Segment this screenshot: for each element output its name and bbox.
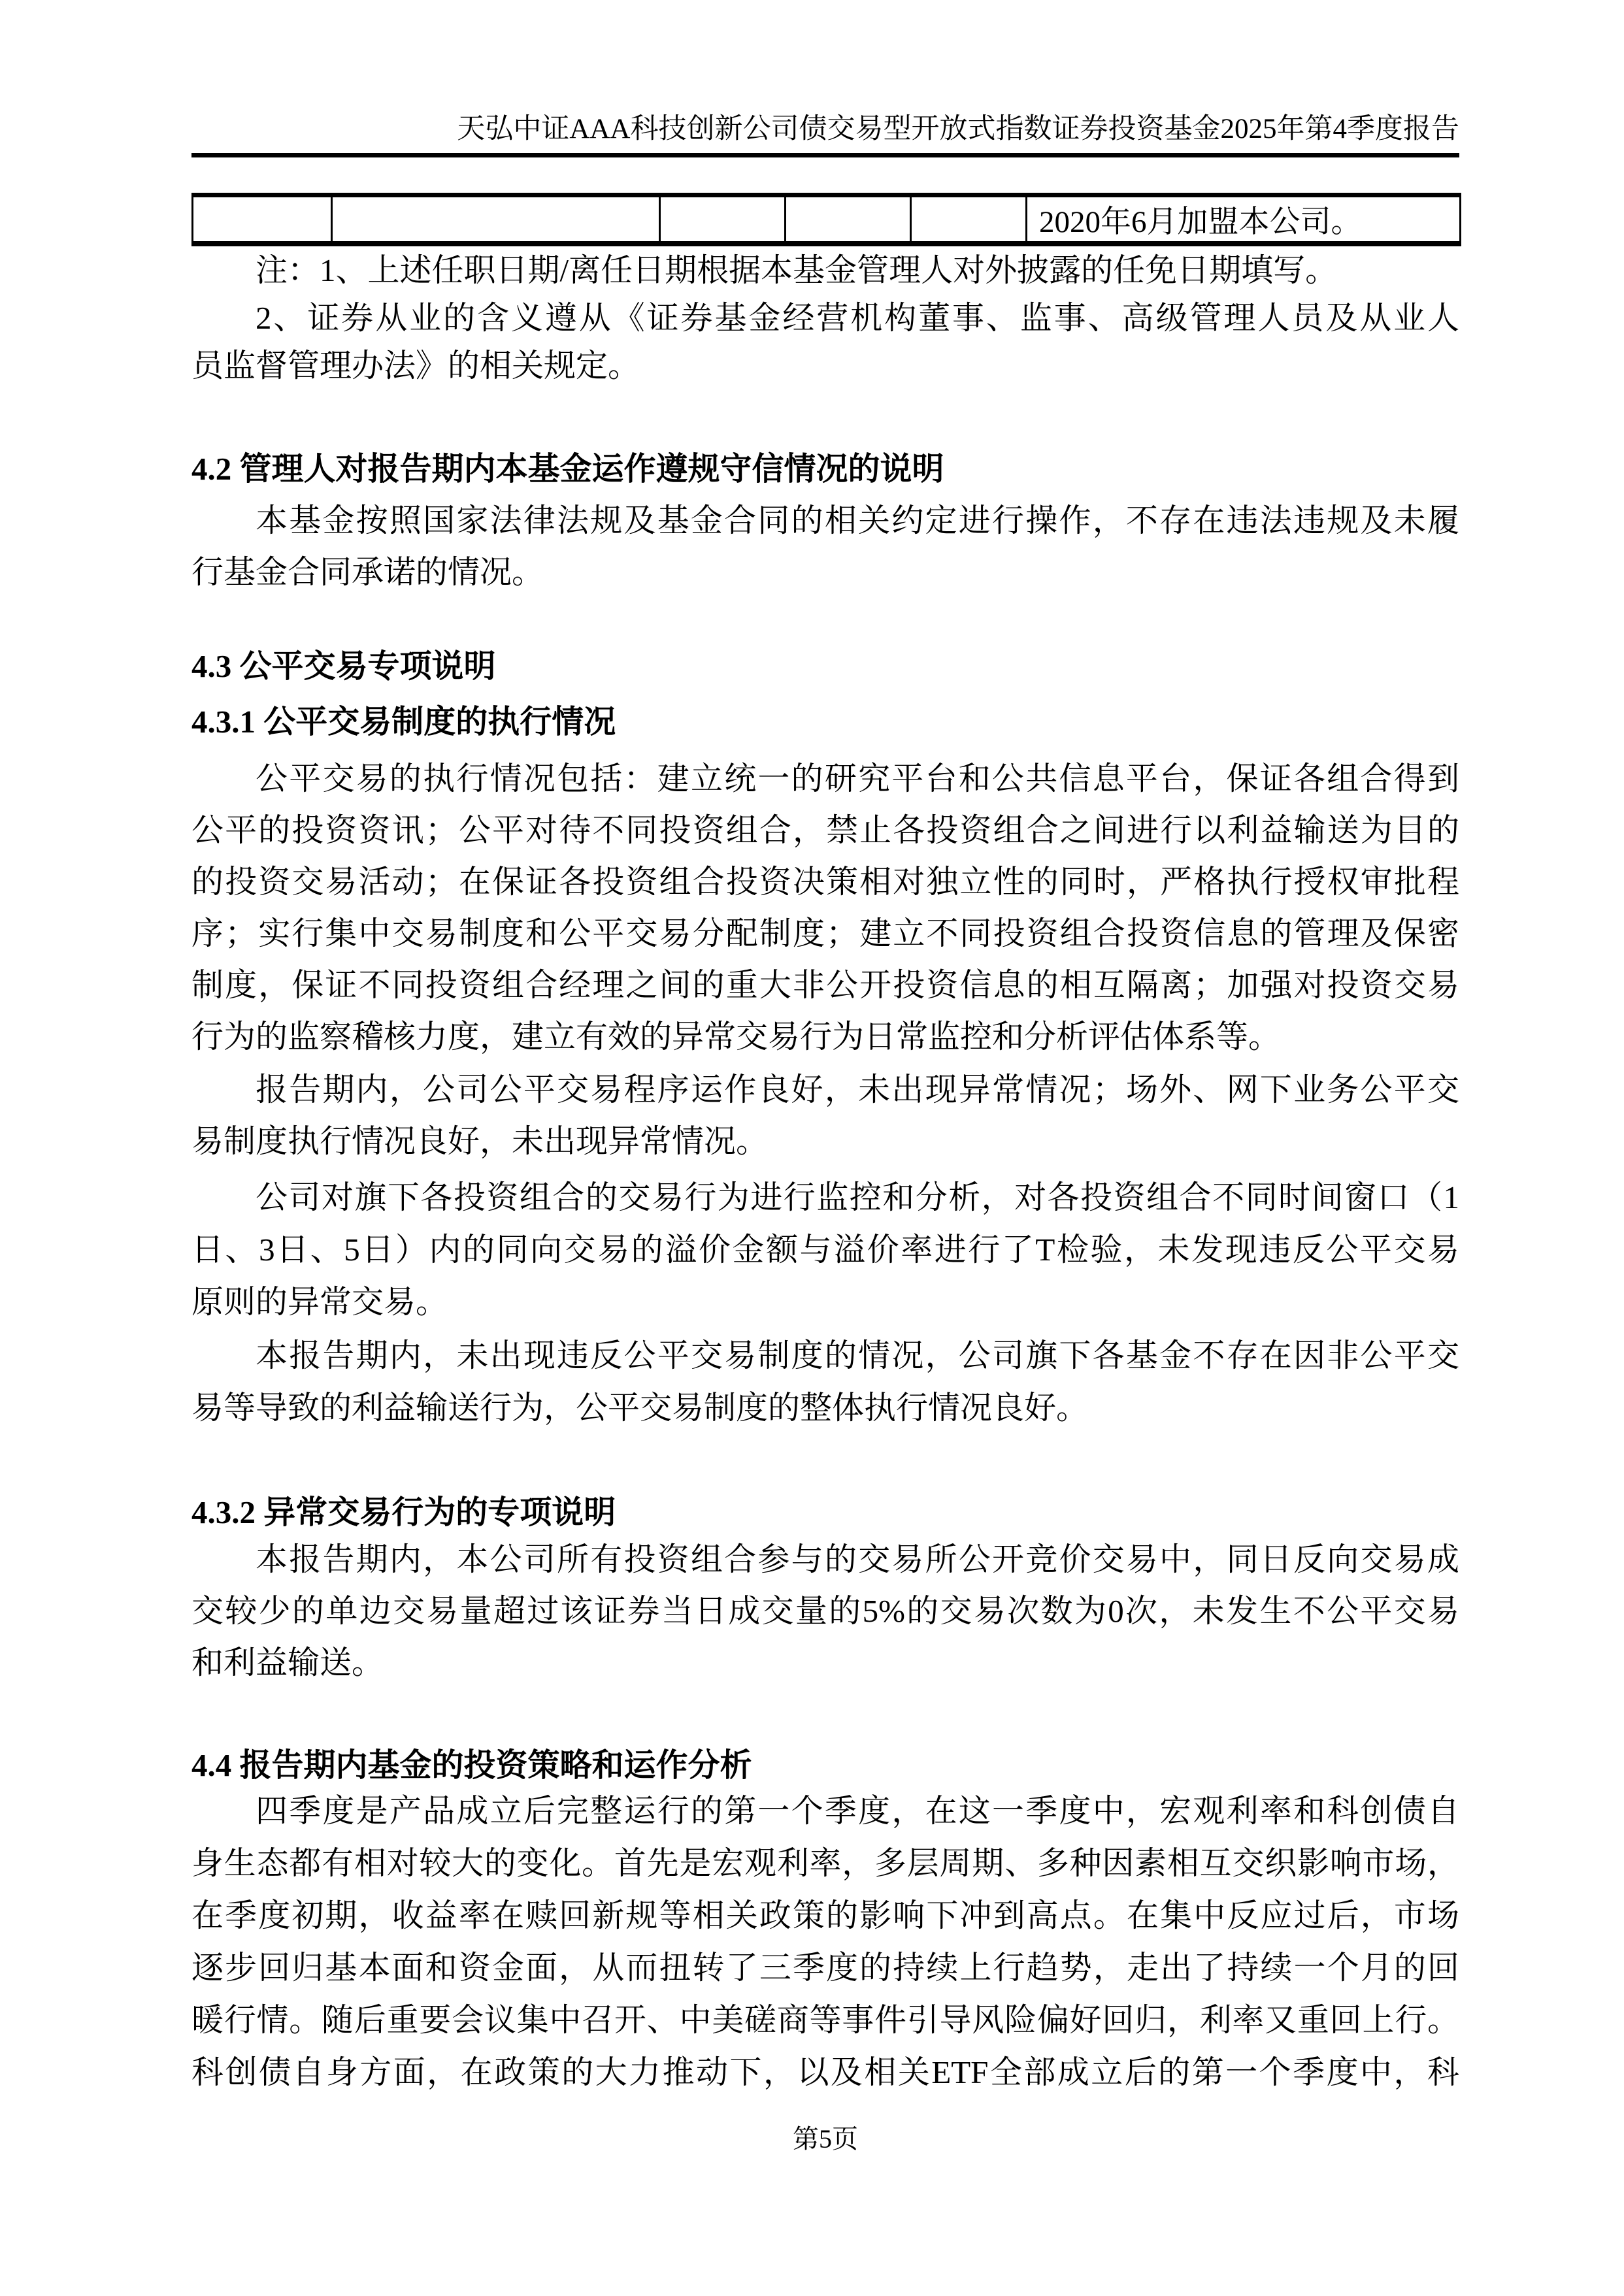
paragraph-line: 原则的异常交易。 bbox=[191, 1276, 1459, 1328]
paragraph-line: 本基金按照国家法律法规及基金合同的相关约定进行操作，不存在违法违规及未履 bbox=[191, 495, 1459, 546]
paragraph-line: 公平的投资资讯；公平对待不同投资组合，禁止各投资组合之间进行以利益输送为目的 bbox=[191, 804, 1459, 856]
header-divider-rule bbox=[191, 153, 1459, 157]
table-cell-empty-1 bbox=[193, 195, 332, 244]
table-cell-remark: 2020年6月加盟本公司。 bbox=[1027, 195, 1461, 244]
paragraph-line: 报告期内，公司公平交易程序运作良好，未出现异常情况；场外、网下业务公平交 bbox=[191, 1064, 1459, 1115]
section-4-3-2-paragraph: 本报告期内，本公司所有投资组合参与的交易所公开竞价交易中，同日反向交易成 交较少… bbox=[191, 1533, 1459, 1688]
paragraph-line: 身生态都有相对较大的变化。首先是宏观利率，多层周期、多种因素相互交织影响市场， bbox=[191, 1837, 1459, 1890]
table-note-line: 员监督管理办法》的相关规定。 bbox=[191, 342, 1459, 389]
paragraph-line: 科创债自身方面，在政策的大力推动下，以及相关ETF全部成立后的第一个季度中，科 bbox=[191, 2046, 1459, 2099]
table-note-line: 注：1、上述任职日期/离任日期根据本基金管理人对外披露的任免日期填写。 bbox=[191, 246, 1459, 294]
section-4-3-1-paragraph-1: 公平交易的执行情况包括：建立统一的研究平台和公共信息平台，保证各组合得到 公平的… bbox=[191, 753, 1459, 1062]
paragraph-line: 易等导致的利益输送行为，公平交易制度的整体执行情况良好。 bbox=[191, 1382, 1459, 1434]
table-cell-empty-5 bbox=[911, 195, 1027, 244]
paragraph-line: 四季度是产品成立后完整运行的第一个季度，在这一季度中，宏观利率和科创债自 bbox=[191, 1785, 1459, 1837]
paragraph-line: 序；实行集中交易制度和公平交易分配制度；建立不同投资组合投资信息的管理及保密 bbox=[191, 908, 1459, 959]
paragraph-line: 行为的监察稽核力度，建立有效的异常交易行为日常监控和分析评估体系等。 bbox=[191, 1011, 1459, 1062]
section-4-3-1-heading: 4.3.1 公平交易制度的执行情况 bbox=[191, 696, 1459, 748]
table-cell-empty-3 bbox=[660, 195, 786, 244]
table-cell-empty-2 bbox=[332, 195, 660, 244]
paragraph-line: 行基金合同承诺的情况。 bbox=[191, 546, 1459, 598]
section-4-2-paragraph: 本基金按照国家法律法规及基金合同的相关约定进行操作，不存在违法违规及未履 行基金… bbox=[191, 495, 1459, 598]
paragraph-line: 本报告期内，未出现违反公平交易制度的情况，公司旗下各基金不存在因非公平交 bbox=[191, 1330, 1459, 1382]
paragraph-line: 日、3日、5日）内的同向交易的溢价金额与溢价率进行了T检验，未发现违反公平交易 bbox=[191, 1224, 1459, 1276]
paragraph-line: 公司对旗下各投资组合的交易行为进行监控和分析，对各投资组合不同时间窗口（1 bbox=[191, 1172, 1459, 1224]
paragraph-line: 公平交易的执行情况包括：建立统一的研究平台和公共信息平台，保证各组合得到 bbox=[191, 753, 1459, 804]
paragraph-line: 在季度初期，收益率在赎回新规等相关政策的影响下冲到高点。在集中反应过后，市场 bbox=[191, 1890, 1459, 1942]
section-4-4-heading: 4.4 报告期内基金的投资策略和运作分析 bbox=[191, 1739, 1459, 1792]
paragraph-line: 易制度执行情况良好，未出现异常情况。 bbox=[191, 1115, 1459, 1167]
section-4-4-paragraph: 四季度是产品成立后完整运行的第一个季度，在这一季度中，宏观利率和科创债自 身生态… bbox=[191, 1785, 1459, 2099]
report-header-title: 天弘中证AAA科技创新公司债交易型开放式指数证券投资基金2025年第4季度报告 bbox=[191, 111, 1459, 148]
paragraph-line: 本报告期内，本公司所有投资组合参与的交易所公开竞价交易中，同日反向交易成 bbox=[191, 1533, 1459, 1585]
paragraph-line: 逐步回归基本面和资金面，从而扭转了三季度的持续上行趋势，走出了持续一个月的回 bbox=[191, 1942, 1459, 1994]
section-4-3-heading: 4.3 公平交易专项说明 bbox=[191, 640, 1459, 693]
section-4-3-1-paragraph-3: 公司对旗下各投资组合的交易行为进行监控和分析，对各投资组合不同时间窗口（1 日、… bbox=[191, 1172, 1459, 1328]
paragraph-line: 和利益输送。 bbox=[191, 1637, 1459, 1688]
page-number: 第5页 bbox=[191, 2120, 1459, 2159]
table-notes: 注：1、上述任职日期/离任日期根据本基金管理人对外披露的任免日期填写。 2、证券… bbox=[191, 246, 1459, 389]
section-4-2-heading: 4.2 管理人对报告期内本基金运作遵规守信情况的说明 bbox=[191, 443, 1459, 495]
table-note-line: 2、证券从业的含义遵从《证券基金经营机构董事、监事、高级管理人员及从业人 bbox=[191, 294, 1459, 342]
section-4-3-1-paragraph-2: 报告期内，公司公平交易程序运作良好，未出现异常情况；场外、网下业务公平交 易制度… bbox=[191, 1064, 1459, 1167]
paragraph-line: 制度，保证不同投资组合经理之间的重大非公开投资信息的相互隔离；加强对投资交易 bbox=[191, 959, 1459, 1011]
report-page: 天弘中证AAA科技创新公司债交易型开放式指数证券投资基金2025年第4季度报告 … bbox=[0, 0, 1624, 2296]
table-cell-empty-4 bbox=[786, 195, 911, 244]
section-4-3-2-heading: 4.3.2 异常交易行为的专项说明 bbox=[191, 1486, 1459, 1539]
section-4-3-1-paragraph-4: 本报告期内，未出现违反公平交易制度的情况，公司旗下各基金不存在因非公平交 易等导… bbox=[191, 1330, 1459, 1434]
paragraph-line: 的投资交易活动；在保证各投资组合投资决策相对独立性的同时，严格执行授权审批程 bbox=[191, 856, 1459, 908]
paragraph-line: 交较少的单边交易量超过该证券当日成交量的5%的交易次数为0次，未发生不公平交易 bbox=[191, 1585, 1459, 1637]
paragraph-line: 暖行情。随后重要会议集中召开、中美磋商等事件引导风险偏好回归，利率又重回上行。 bbox=[191, 1994, 1459, 2046]
fund-manager-table-fragment: 2020年6月加盟本公司。 bbox=[191, 193, 1461, 246]
table-row: 2020年6月加盟本公司。 bbox=[193, 195, 1461, 244]
